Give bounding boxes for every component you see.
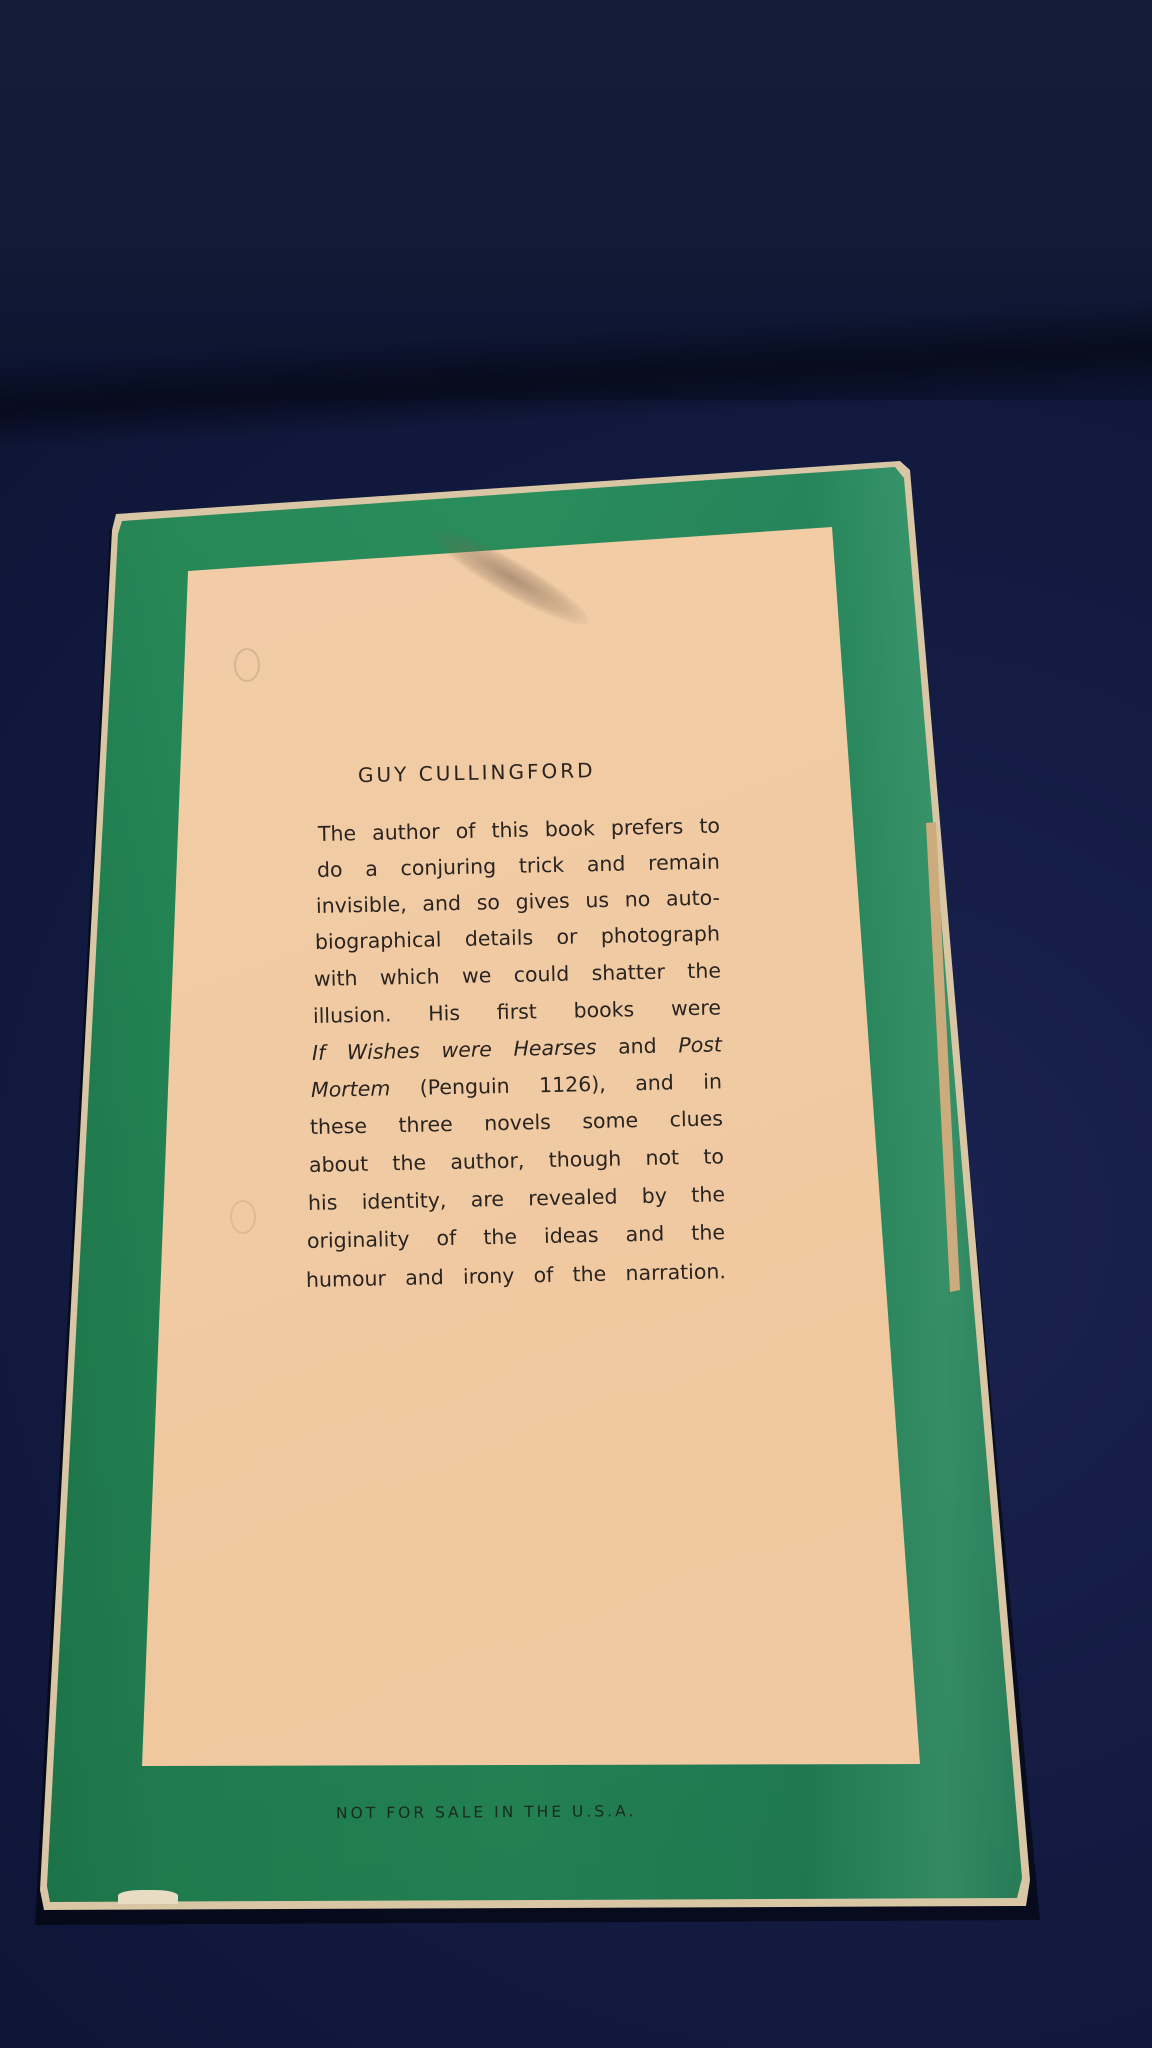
cover-wear-mark [118, 1890, 178, 1904]
paper-spot [234, 648, 260, 682]
paper-spot [230, 1200, 256, 1234]
